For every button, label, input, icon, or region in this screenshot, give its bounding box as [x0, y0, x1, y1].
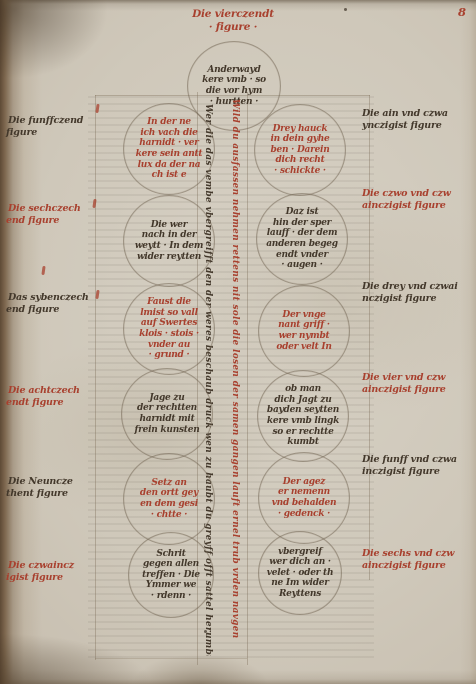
diagram-circle: Jage zu der rechtten harnidt mit frein k…: [121, 368, 213, 460]
vertical-rubric-red: Wild du ausfassen nehmen rettens nit sol…: [227, 99, 241, 679]
ink-flourish: [41, 266, 45, 275]
margin-label-text: Die sechczech end figure: [6, 203, 81, 226]
margin-label-text: Die funffczend figure: [6, 115, 83, 138]
margin-label-left: Die achtczech endt figure: [6, 385, 106, 409]
guide-line-vertical: [369, 95, 370, 580]
diagram-circle: In der ne ich vach die harnidt · ver ker…: [123, 103, 215, 195]
margin-label-text: Die achtczech endt figure: [6, 385, 80, 408]
margin-label-right: Die vier vnd czw ainczigist figure: [362, 372, 474, 396]
diagram-circle: Der vnge nant griff · wer nymbt oder vel…: [258, 285, 350, 377]
circle-text: Jage zu der rechtten harnidt mit frein k…: [134, 393, 199, 435]
margin-label-left: Die funffczend figure: [6, 115, 106, 139]
circle-text: Der agez er nemenn vnd behalden · gedenc…: [272, 477, 337, 519]
margin-label-right: Die ain vnd czwa ynczigist figure: [362, 108, 474, 132]
circle-text: Setz an den ortt gey en dem gesi · chtte…: [140, 478, 198, 520]
diagram-circle: Faust die lmist so vall auf Swertes kloi…: [123, 283, 215, 375]
ink-speck: [204, 630, 207, 633]
margin-label-text: Die ain vnd czwa ynczigist figure: [362, 108, 448, 131]
diagram-circle: ob man dich Jagt zu bayden seytten kere …: [257, 370, 349, 462]
margin-label-text: Die vier vnd czw ainczigist figure: [362, 372, 446, 395]
circle-text: Drey hauck in dein gyhe ben · Darein dic…: [270, 124, 329, 177]
margin-label-right: Die sechs vnd czw ainczigist figure: [362, 548, 474, 572]
folio-number: 8: [458, 5, 466, 19]
diagram-circle: Schrit gegen allen treffen · Die Ymmer w…: [128, 532, 214, 618]
margin-label-text: Die czwo vnd czw ainczigist figure: [362, 188, 451, 211]
margin-label-left: Das sybenczech end figure: [6, 292, 106, 316]
ink-flourish: [95, 104, 99, 113]
circle-text: Daz ist hin der sper lauff · der dem and…: [266, 207, 338, 271]
manuscript-page: 8 Die vierczendt · figure · Anderwayd ke…: [0, 0, 476, 684]
margin-label-text: Die Neuncze thent figure: [6, 476, 73, 499]
margin-label-text: Die funff vnd czwa inczigist figure: [362, 454, 457, 477]
page-heading: Die vierczendt · figure ·: [150, 8, 316, 34]
margin-label-text: Die sechs vnd czw ainczigist figure: [362, 548, 454, 571]
margin-label-right: Die funff vnd czwa inczigist figure: [362, 454, 474, 478]
margin-label-left: Die sechczech end figure: [6, 203, 106, 227]
circle-text: vbergreif wer dich an · velet · oder th …: [267, 547, 334, 600]
diagram-circle: Der agez er nemenn vnd behalden · gedenc…: [258, 452, 350, 544]
circle-text: Faust die lmist so vall auf Swertes kloi…: [139, 297, 199, 361]
guide-line-horizontal: [95, 658, 247, 659]
diagram-circle: Die wer nach in der weytt · In dem wider…: [123, 195, 215, 287]
margin-label-right: Die drey vnd czwai nczigist figure: [362, 281, 474, 305]
diagram-circle: Daz ist hin der sper lauff · der dem and…: [256, 193, 348, 285]
margin-label-left: Die czwaincz igist figure: [6, 560, 106, 584]
circle-text: ob man dich Jagt zu bayden seytten kere …: [267, 384, 339, 448]
ink-speck: [344, 8, 347, 11]
diagram-circle: vbergreif wer dich an · velet · oder th …: [258, 531, 342, 615]
diagram-circle: Drey hauck in dein gyhe ben · Darein dic…: [254, 104, 346, 196]
circle-text: In der ne ich vach die harnidt · ver ker…: [136, 117, 203, 181]
margin-label-right: Die czwo vnd czw ainczigist figure: [362, 188, 474, 212]
guide-line-vertical: [247, 92, 248, 665]
margin-label-text: Die drey vnd czwai nczigist figure: [362, 281, 458, 304]
margin-label-text: Die czwaincz igist figure: [6, 560, 74, 583]
page-heading-text: Die vierczendt · figure ·: [192, 8, 274, 33]
margin-label-left: Die Neuncze thent figure: [6, 476, 106, 500]
circle-text: Die wer nach in der weytt · In dem wider…: [135, 220, 203, 262]
circle-text: Der vnge nant griff · wer nymbt oder vel…: [276, 310, 331, 352]
circle-text: Schrit gegen allen treffen · Die Ymmer w…: [142, 549, 200, 602]
margin-label-text: Das sybenczech end figure: [6, 292, 89, 315]
